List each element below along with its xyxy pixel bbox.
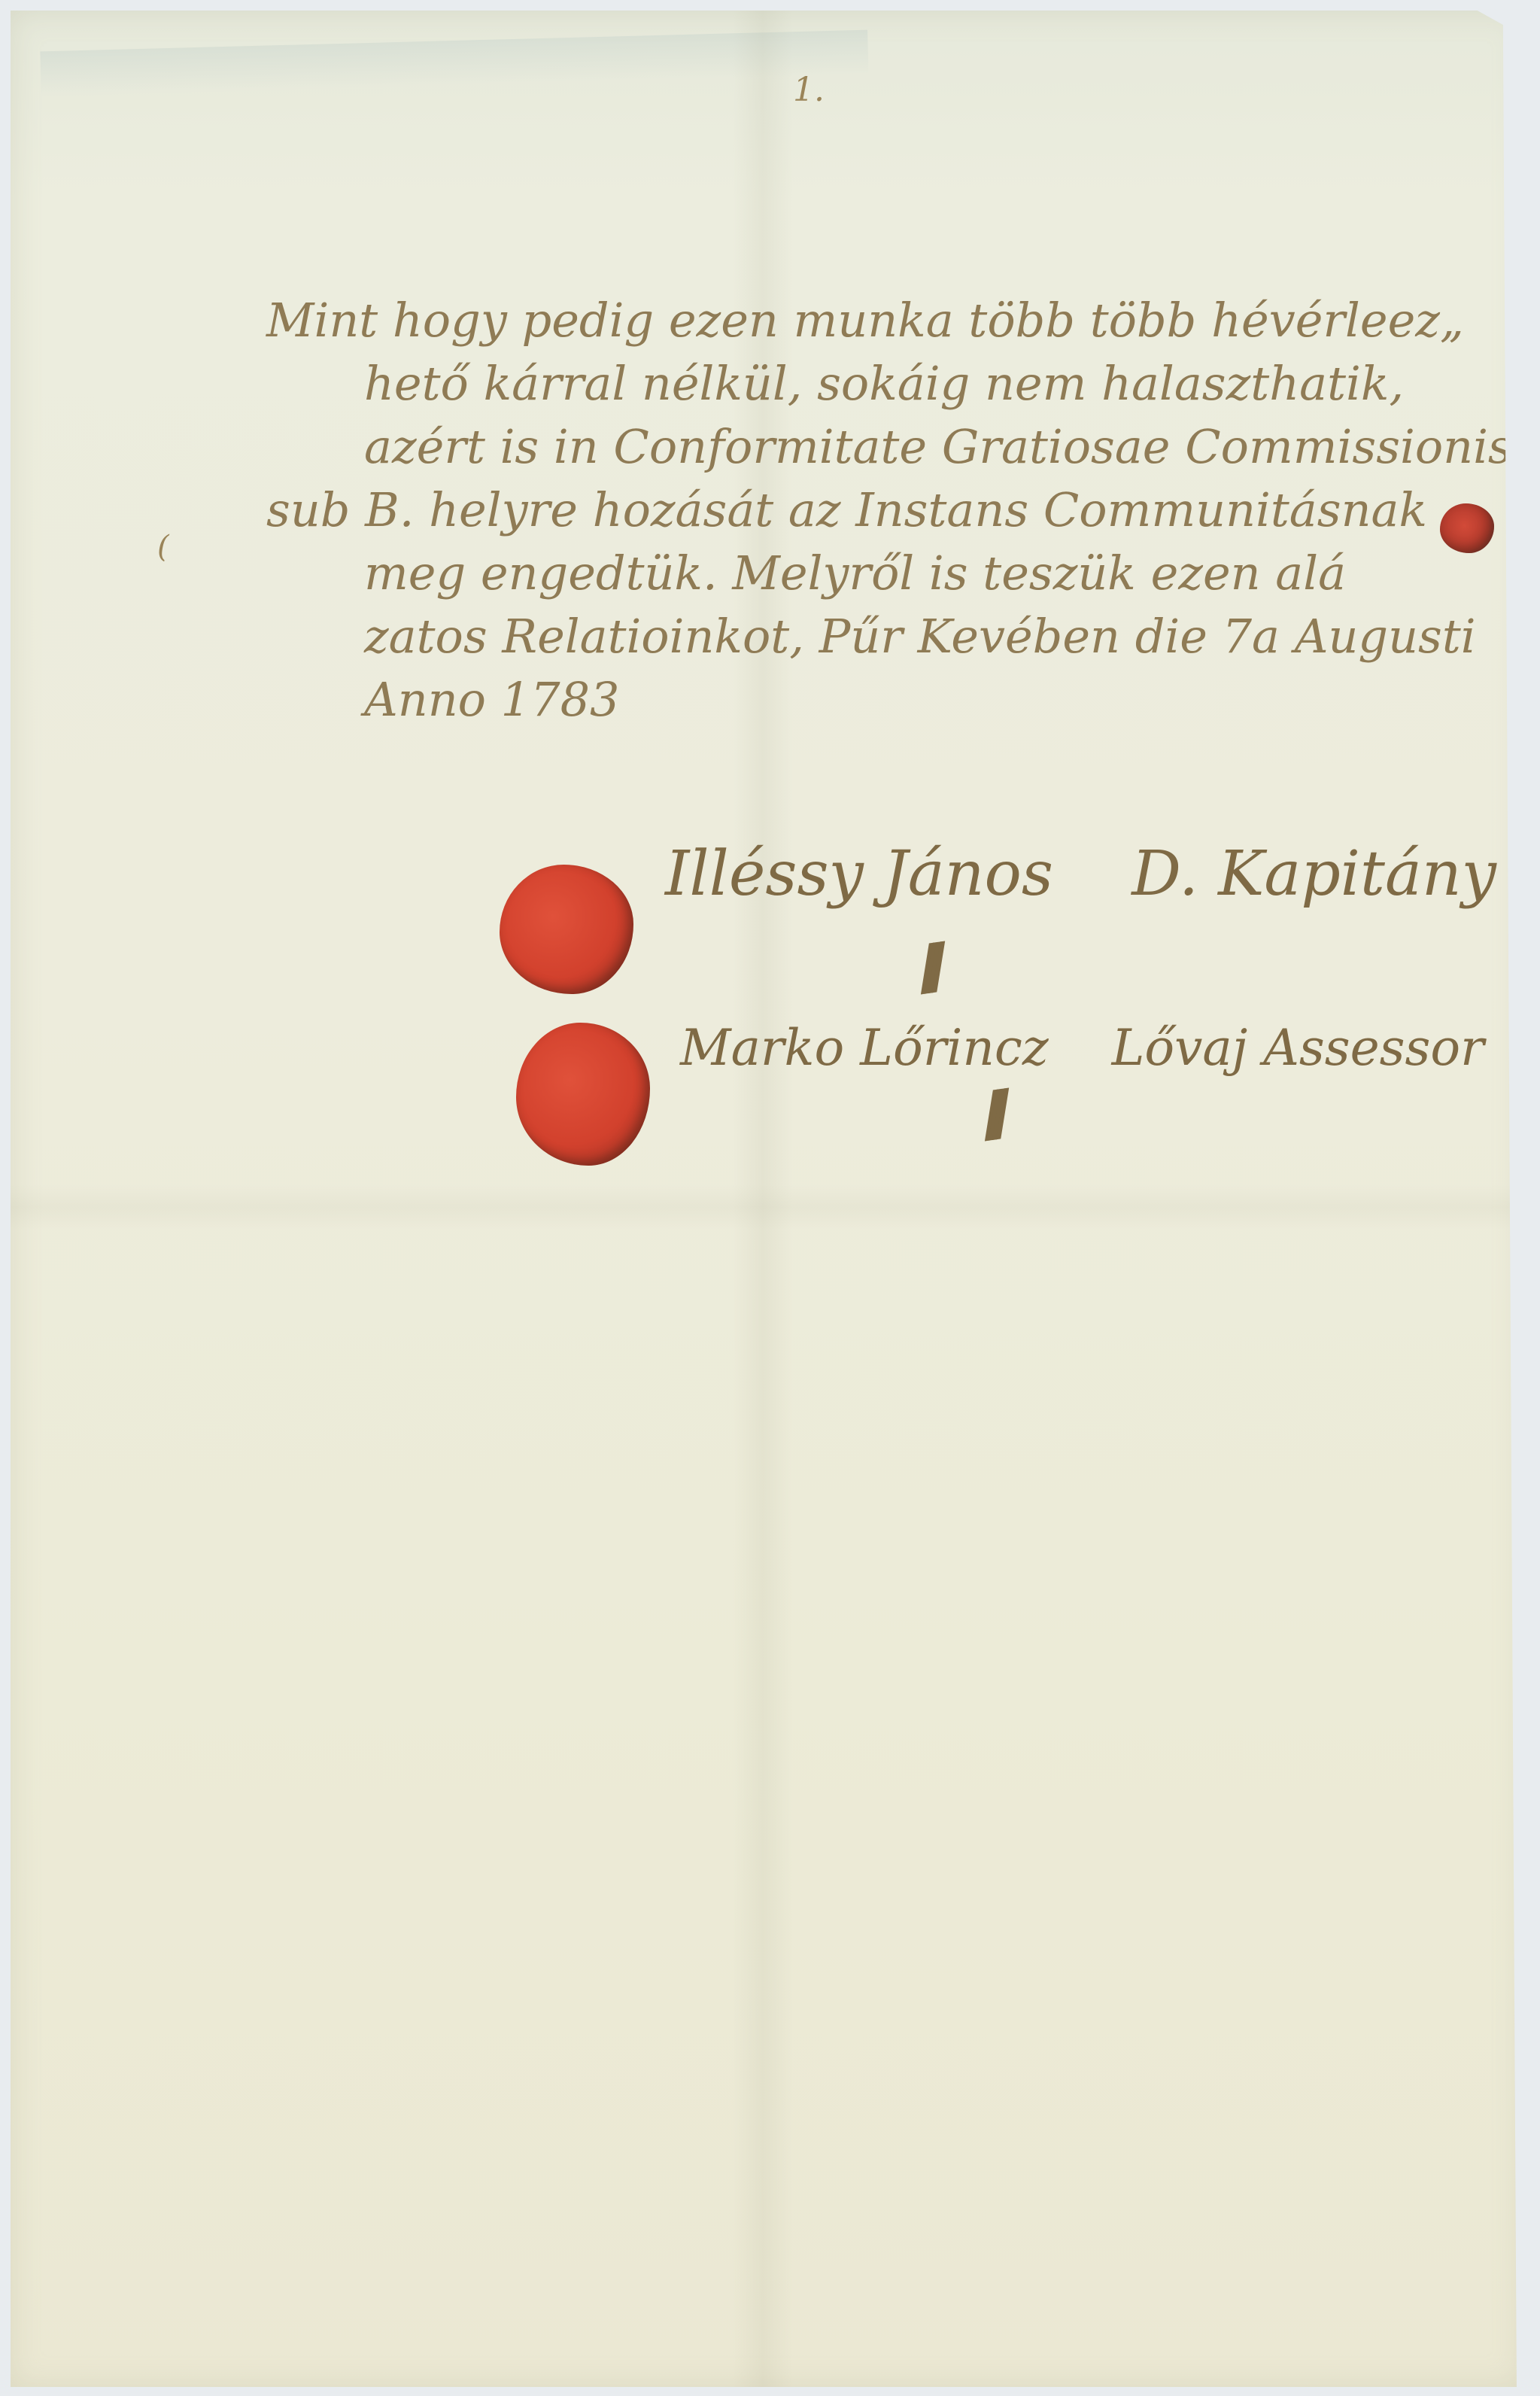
wax-seal-icon (500, 865, 633, 994)
text-line: Mint hogy pedig ezen munka több több hév… (266, 289, 1540, 352)
paraph-mark-icon: //// (913, 932, 937, 1003)
wax-seal-icon (516, 1023, 650, 1166)
text-line: azért is in Conformitate Gratiosae Commi… (266, 415, 1540, 479)
text-line: meg engedtük. Melyről is teszük ezen alá (266, 542, 1540, 605)
text-line: zatos Relatioinkot, Pűr Kevében die 7a A… (266, 605, 1540, 668)
paraph-mark-icon: //// (977, 1078, 1001, 1150)
signature-2: Marko Lőrincz Lővaj Assessor (680, 1019, 1484, 1077)
signature-name: Marko Lőrincz (680, 1019, 1049, 1077)
manuscript-body: Mint hogy pedig ezen munka több több hév… (266, 289, 1540, 731)
margin-mark: ( (157, 530, 169, 564)
text-line: Anno 1783 (266, 668, 1540, 731)
signature-title: D. Kapitány (1131, 838, 1496, 910)
signature-1: Illéssy János D. Kapitány (665, 838, 1496, 910)
signature-name: Illéssy János (665, 838, 1053, 910)
wax-seal-fragment (1440, 503, 1494, 553)
folio-number: 1. (793, 71, 825, 109)
text-line: sub B. helyre hozását az Instans Communi… (266, 479, 1540, 542)
text-line: hető kárral nélkül, sokáig nem halasztha… (266, 352, 1540, 415)
signature-title: Lővaj Assessor (1112, 1019, 1484, 1077)
manuscript-page: 1. ( Mint hogy pedig ezen munka több töb… (11, 11, 1523, 2387)
horizontal-fold (11, 1184, 1523, 1230)
